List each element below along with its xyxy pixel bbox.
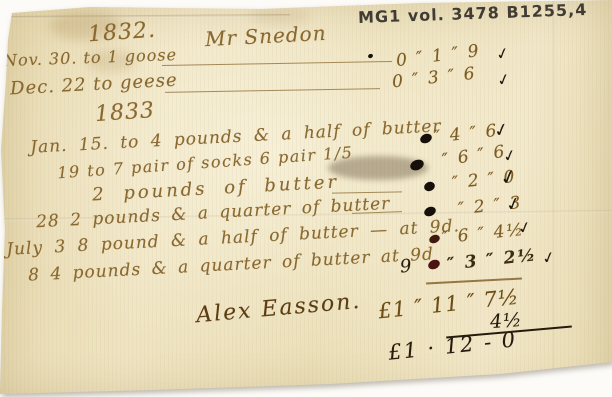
entry-amount: ″ 6 ″ 6 [441,142,508,171]
ink-blot [423,180,437,193]
entry-text: Dec. 22 to geese [10,70,179,100]
entry-amount: ″ 3 ″ 2½ [446,245,538,274]
entry-note: 9 [399,255,414,277]
dash-line [162,61,392,66]
addressee-name: Mr Snedon [204,21,327,51]
grand-total-amount: £1 · 12 - 0 [387,327,518,364]
year-1832: 1832. [87,18,157,48]
paper-shadow: MG1 vol. 3478 B1255,4 1832. Mr Snedon 18… [0,0,612,397]
year-1833: 1833 [94,98,156,127]
entry-text: Nov. 30. to 1 goose [3,45,178,70]
check-mark-icon: ✓ [494,43,512,65]
dash-line [332,191,402,193]
ink-blot [423,205,438,218]
check-mark-icon: ✓ [495,69,513,91]
scanned-receipt-image: MG1 vol. 3478 B1255,4 1832. Mr Snedon 18… [0,0,612,397]
signature: Alex Easson. [195,289,362,328]
fold-crease-vertical [553,0,556,380]
ink-dot [367,53,373,59]
amount-underline [426,277,522,284]
dash-line [165,88,380,93]
receipt-paper: MG1 vol. 3478 B1255,4 1832. Mr Snedon 18… [0,0,612,397]
